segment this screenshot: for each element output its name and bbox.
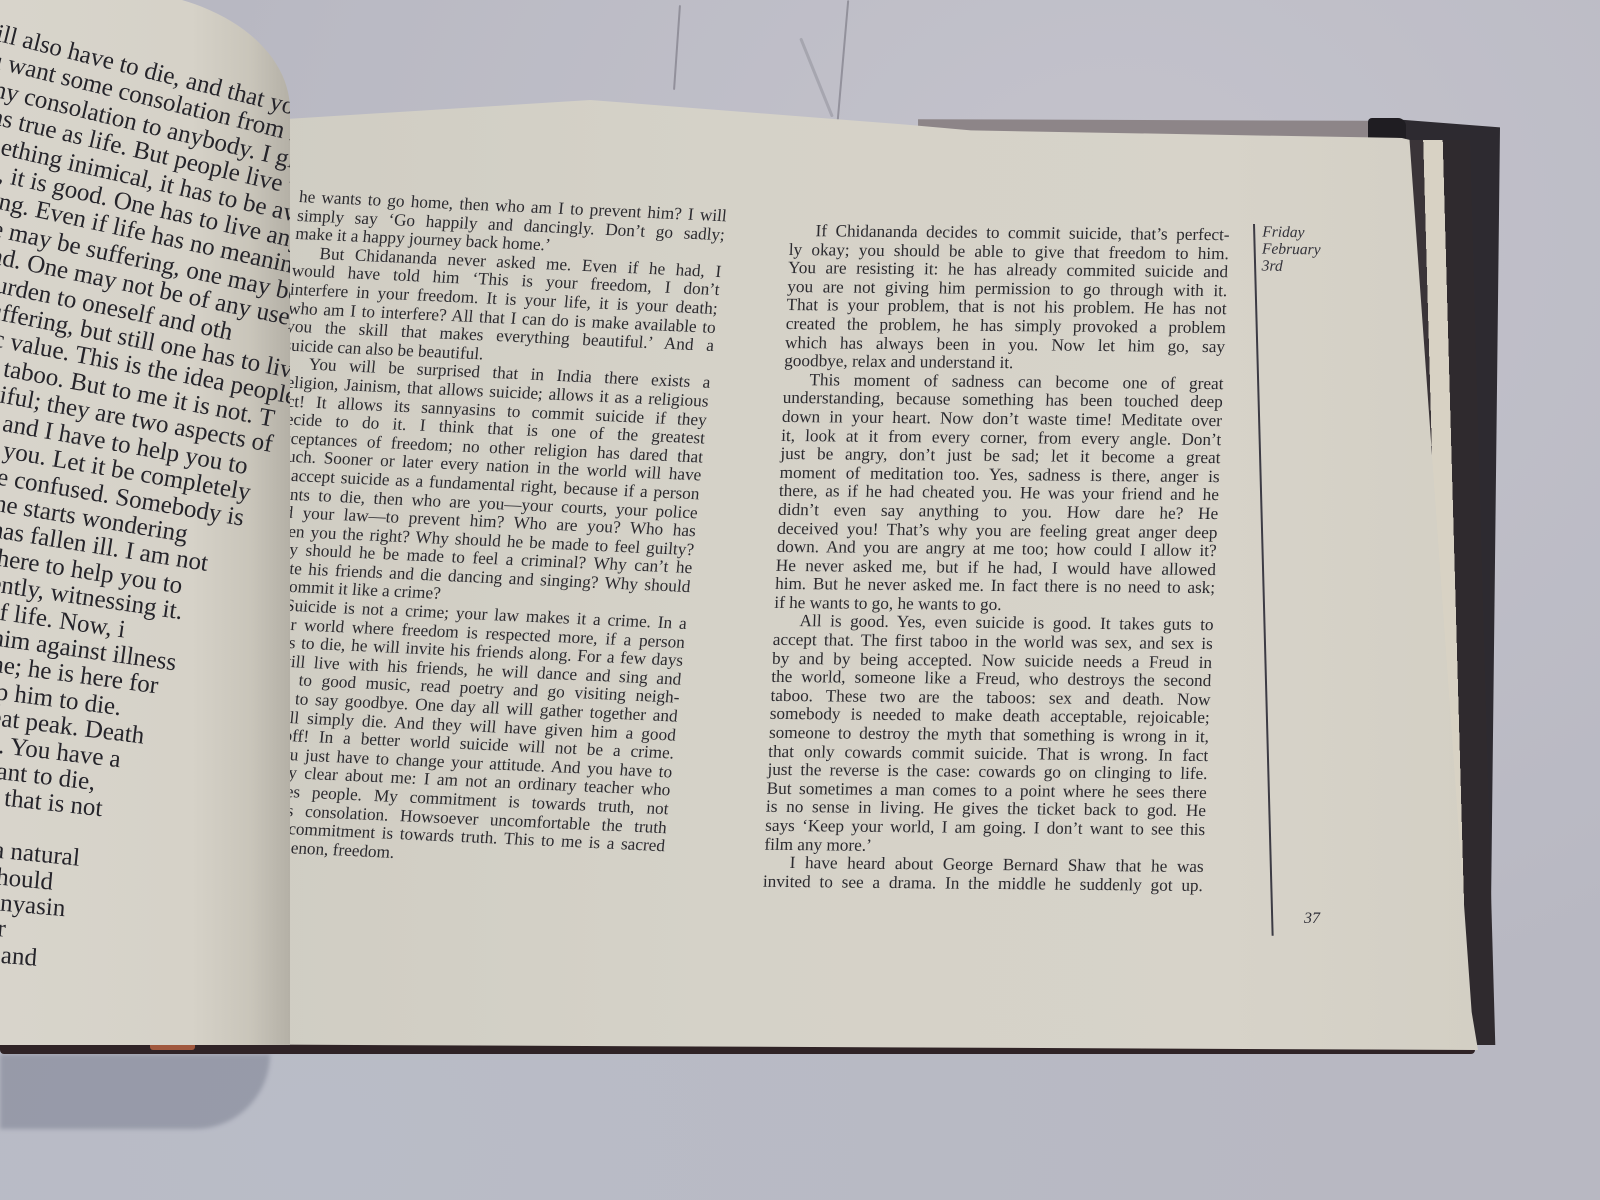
table-scratch (673, 5, 681, 90)
book-shadow (0, 1054, 270, 1129)
date-number: 3rd (1262, 257, 1321, 275)
date-month: February (1262, 240, 1321, 258)
page-number: 37 (1304, 910, 1320, 928)
right-page-column-right: If Chidananda decides to commit suicide,… (763, 222, 1230, 895)
margin-date: Friday February 3rd (1262, 223, 1321, 275)
right-page-column-left: he wants to go home, then who am I to pr… (235, 188, 728, 875)
left-page: ill also have to die, and that you cannu… (0, 0, 290, 1045)
table-scratch (837, 0, 849, 120)
date-day: Friday (1262, 223, 1321, 241)
table-scratch (799, 38, 834, 118)
left-page-text: ill also have to die, and that you cannu… (0, 20, 281, 1021)
